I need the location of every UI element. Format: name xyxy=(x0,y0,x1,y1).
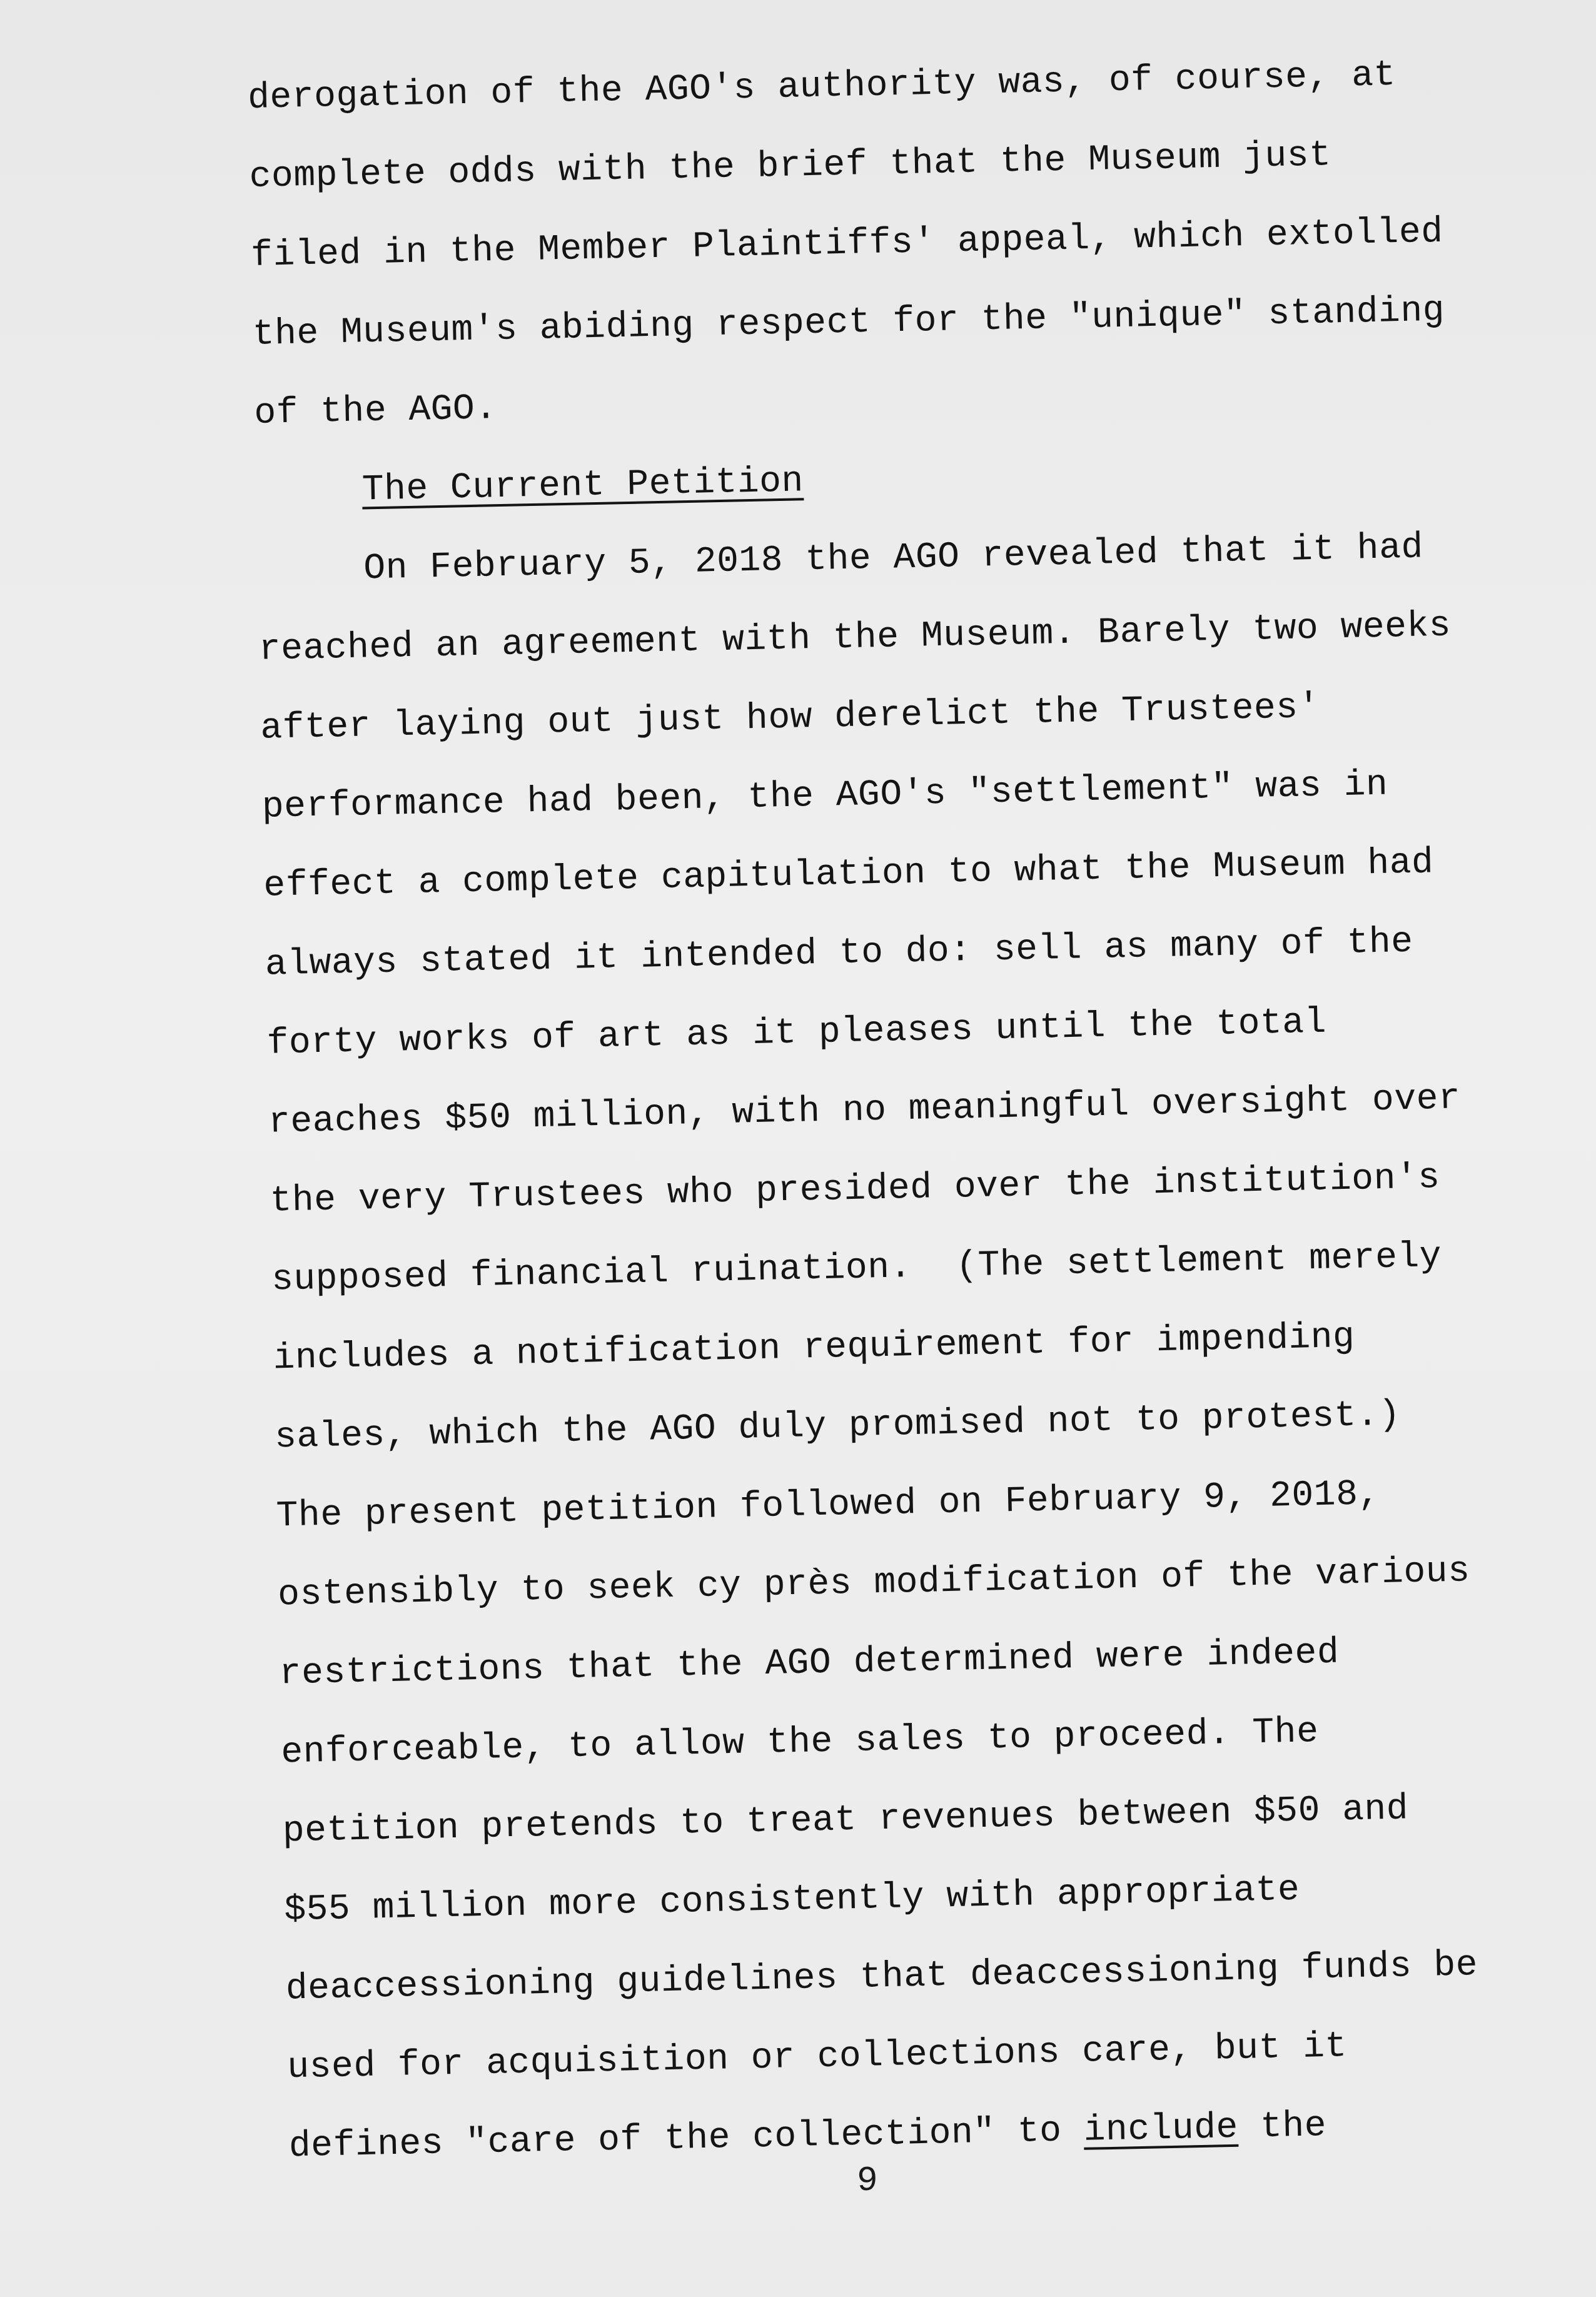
section-heading: The Current Petition xyxy=(361,461,804,510)
paragraph-continuation: derogation of the AGO's authority was, o… xyxy=(247,34,1530,453)
text-fragment: defines "care of the collection" to xyxy=(288,2111,1084,2167)
document-body: derogation of the AGO's authority was, o… xyxy=(247,34,1565,2186)
paragraph-current-petition: On February 5, 2018 the AGO revealed tha… xyxy=(256,507,1565,2186)
scanned-page: derogation of the AGO's authority was, o… xyxy=(0,0,1596,2297)
underlined-word: include xyxy=(1083,2108,1238,2151)
page-number: 9 xyxy=(857,2161,878,2201)
text-fragment: the xyxy=(1238,2106,1327,2148)
